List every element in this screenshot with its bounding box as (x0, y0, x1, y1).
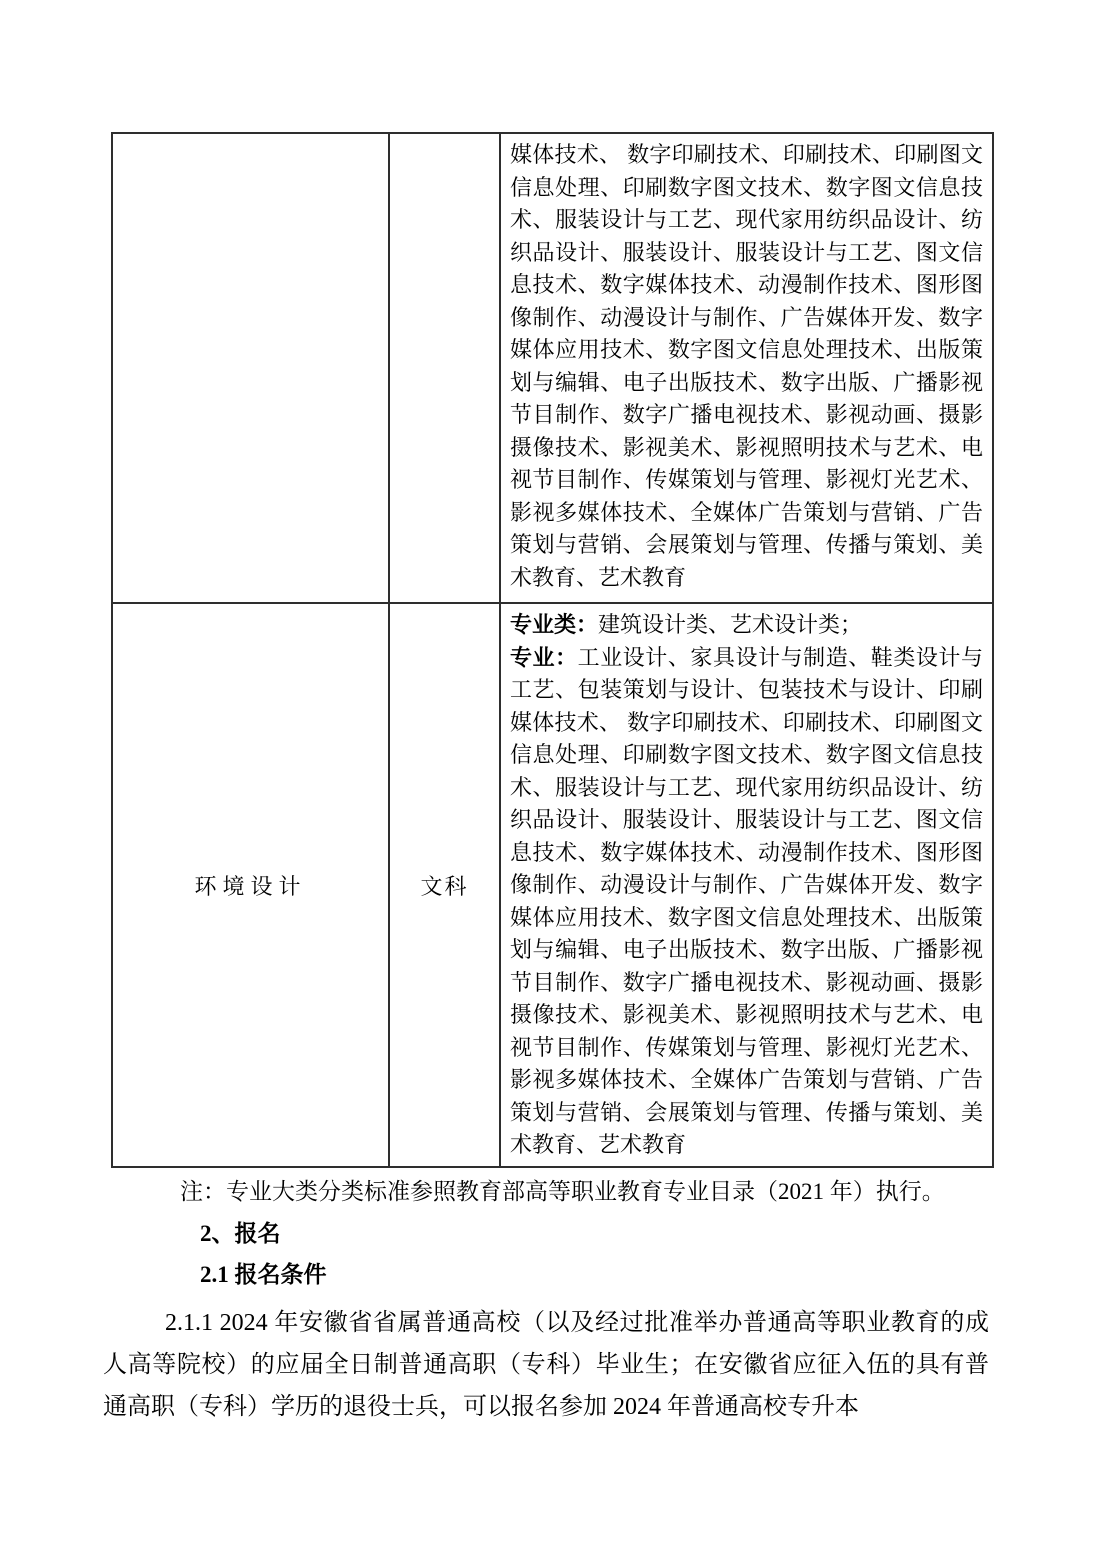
majors-list-text: 工业设计、家具设计与制造、鞋类设计与工艺、包装策划与设计、包装技术与设计、印刷媒… (510, 645, 983, 1158)
major-name-cell: 环境设计 (112, 603, 389, 1167)
majors-table: 媒体技术、 数字印刷技术、印刷技术、印刷图文信息处理、印刷数字图文技术、数字图文… (111, 132, 994, 1168)
paragraph-2-1-1: 2.1.1 2024 年安徽省省属普通高校（以及经过批准举办普通高等职业教育的成… (103, 1302, 989, 1428)
majors-line: 专业：工业设计、家具设计与制造、鞋类设计与工艺、包装策划与设计、包装技术与设计、… (510, 642, 983, 1162)
table-note: 注：专业大类分类标准参照教育部高等职业教育专业目录（2021 年）执行。 (180, 1177, 945, 1207)
majors-list-cell: 专业类：建筑设计类、艺术设计类； 专业：工业设计、家具设计与制造、鞋类设计与工艺… (500, 603, 993, 1167)
majors-list-text: 媒体技术、 数字印刷技术、印刷技术、印刷图文信息处理、印刷数字图文技术、数字图文… (510, 142, 983, 590)
table-row-environment-design: 环境设计 文科 专业类：建筑设计类、艺术设计类； 专业：工业设计、家具设计与制造… (112, 603, 993, 1167)
category-cell: 文科 (389, 603, 500, 1167)
major-class-value: 建筑设计类、艺术设计类； (598, 612, 862, 637)
document-page: 媒体技术、 数字印刷技术、印刷技术、印刷图文信息处理、印刷数字图文技术、数字图文… (0, 0, 1102, 1559)
section-heading-2: 2、报名 (200, 1219, 281, 1249)
major-name-cell-empty (112, 133, 389, 603)
major-class-line: 专业类：建筑设计类、艺术设计类； (510, 609, 983, 642)
majors-list-cell: 媒体技术、 数字印刷技术、印刷技术、印刷图文信息处理、印刷数字图文技术、数字图文… (500, 133, 993, 603)
major-class-label: 专业类： (510, 612, 598, 637)
category-cell-empty (389, 133, 500, 603)
section-heading-2-1: 2.1 报名条件 (200, 1260, 327, 1290)
table-row-continuation: 媒体技术、 数字印刷技术、印刷技术、印刷图文信息处理、印刷数字图文技术、数字图文… (112, 133, 993, 603)
majors-label: 专业： (510, 645, 578, 670)
